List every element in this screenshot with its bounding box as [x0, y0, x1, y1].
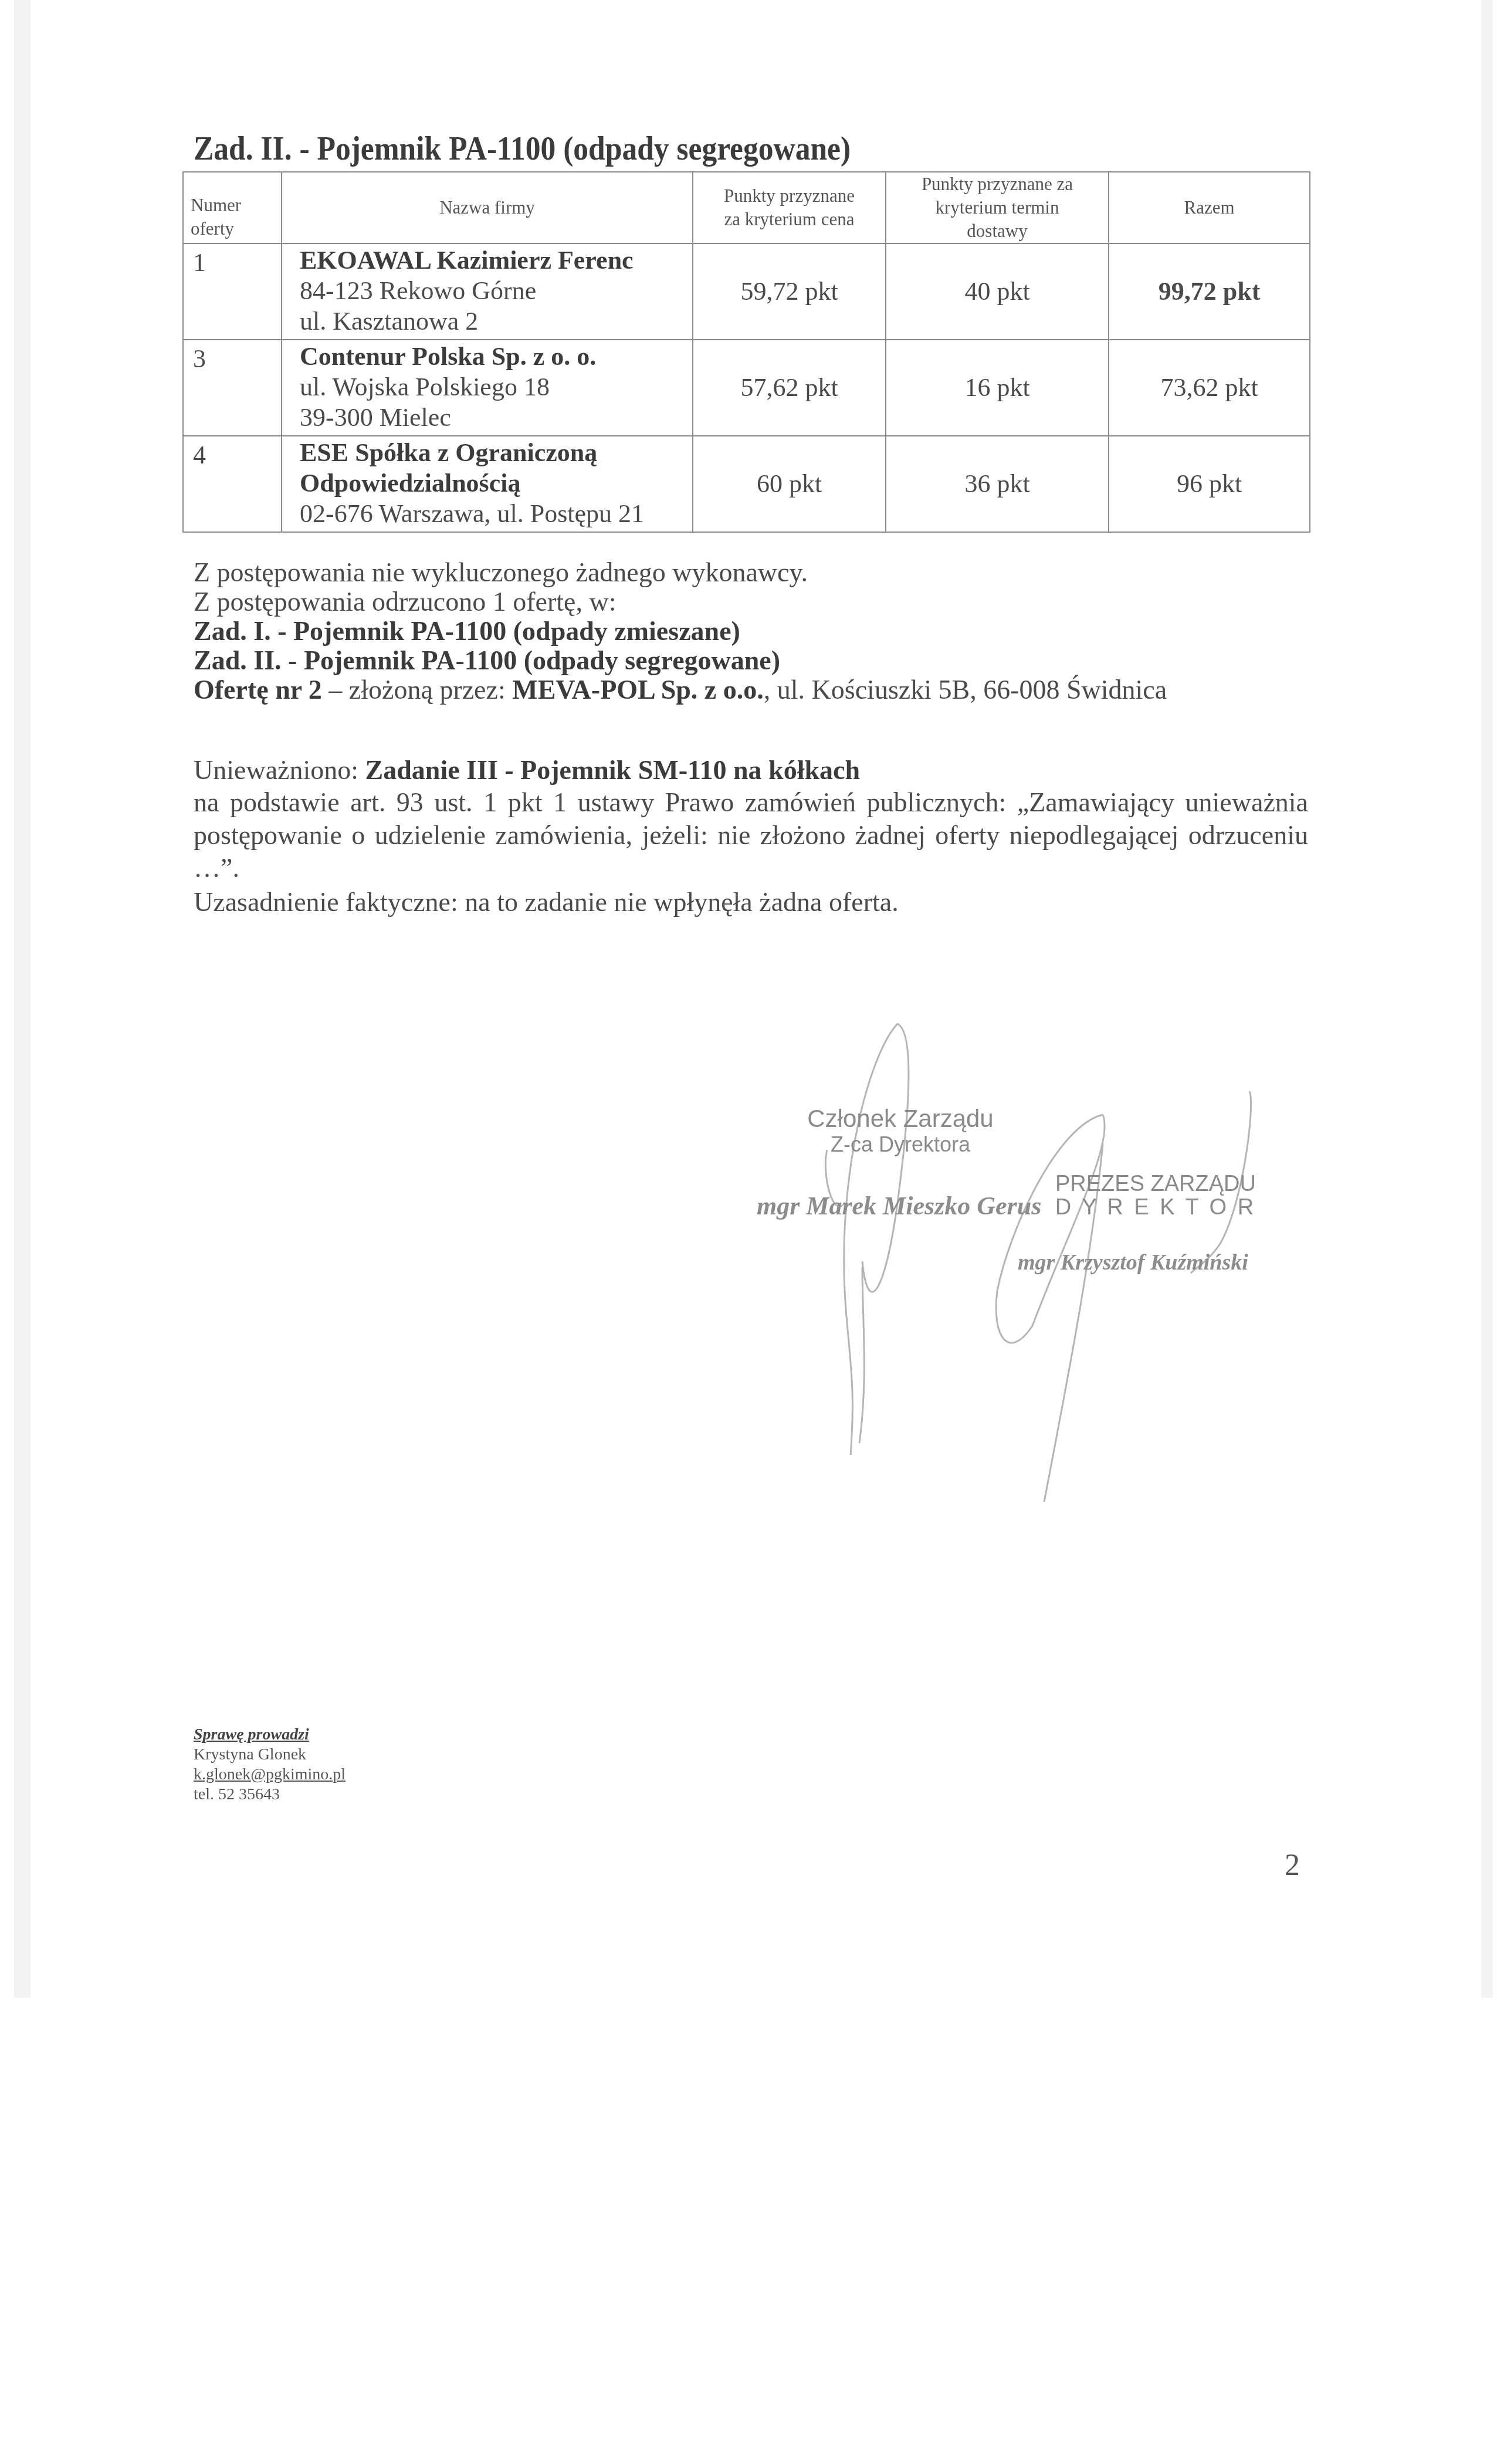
- case-handler-phone: tel. 52 35643: [194, 1785, 346, 1805]
- handwritten-signature-icon: [0, 0, 1497, 1995]
- case-handler-heading: Sprawę prowadzi: [194, 1725, 346, 1745]
- case-handler-block: Sprawę prowadzi Krystyna Glonek k.glonek…: [194, 1725, 346, 1805]
- deputy-stamp: Członek Zarządu Z-ca Dyrektora: [789, 1106, 1012, 1157]
- president-stamp: PREZES ZARZĄDU D Y R E K T O R: [1044, 1172, 1267, 1219]
- case-handler-email-link[interactable]: k.glonek@pgkimino.pl: [194, 1765, 346, 1785]
- president-name: mgr Krzysztof Kuźmiński: [1018, 1250, 1248, 1275]
- page-number: 2: [1285, 1848, 1300, 1883]
- deputy-name: mgr Marek Mieszko Gerus: [757, 1191, 1041, 1221]
- case-handler-name: Krystyna Glonek: [194, 1745, 346, 1765]
